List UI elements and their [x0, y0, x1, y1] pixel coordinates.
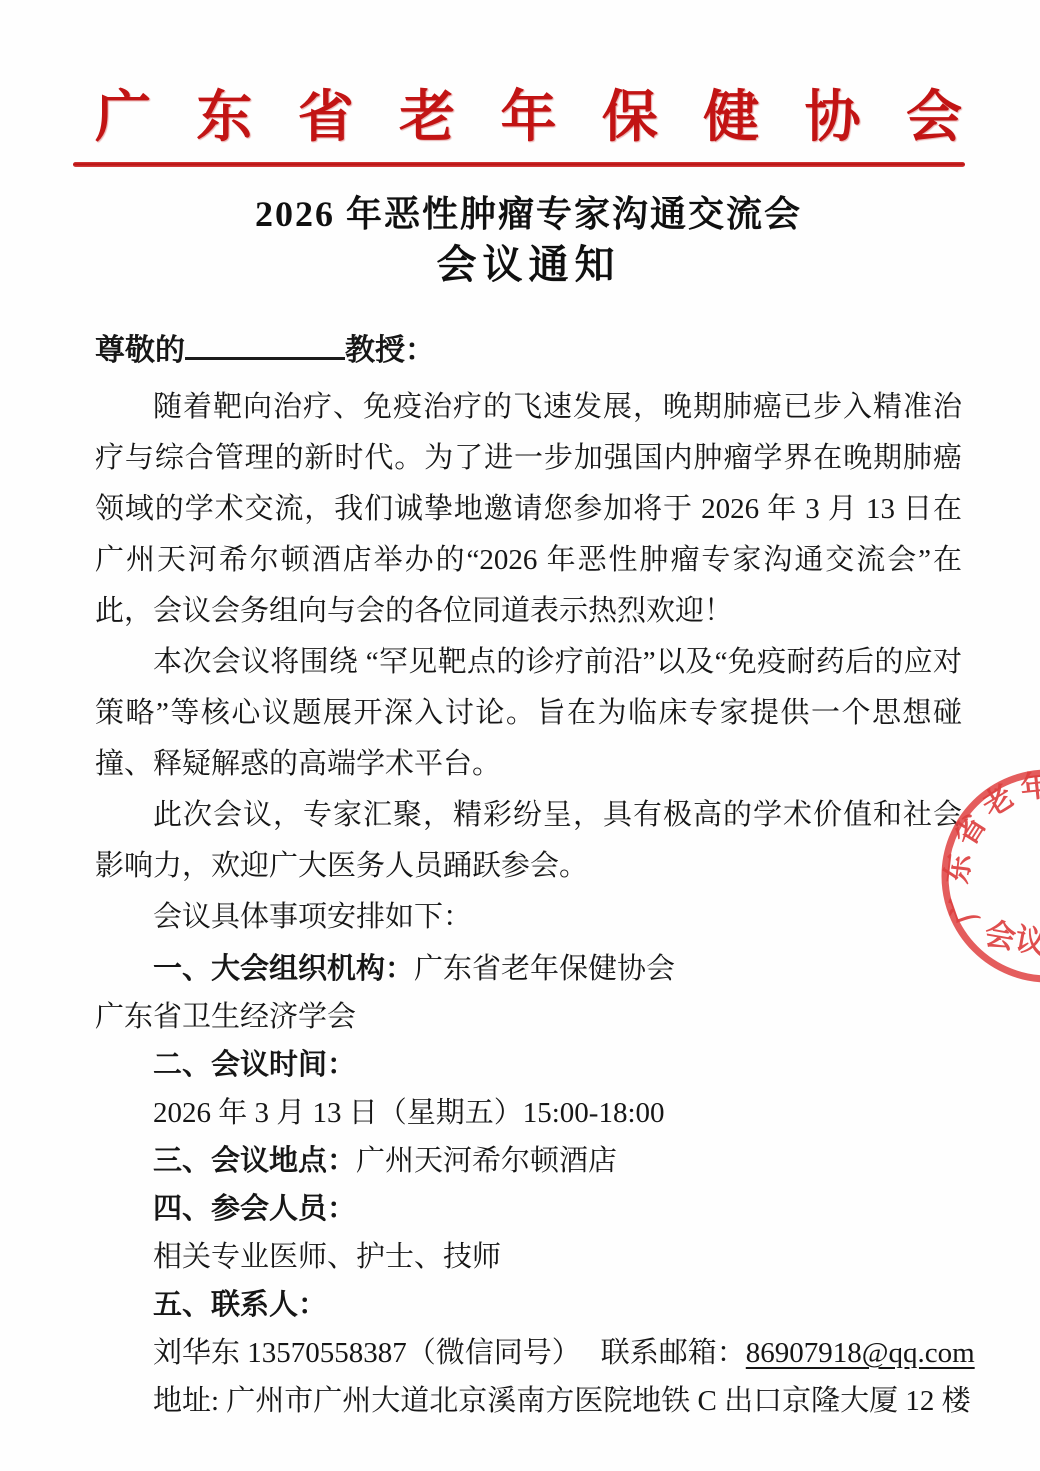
conference-title: 2026 年恶性肿瘤专家沟通交流会 — [95, 193, 962, 235]
letterhead-char: 保 — [602, 86, 658, 150]
venue-line: 三、会议地点：广州天河希尔顿酒店 — [95, 1137, 962, 1185]
contact-name-phone: 刘华东 13570558387（微信同号） — [153, 1337, 581, 1369]
contact-line: 刘华东 13570558387（微信同号）联系邮箱：86907918@qq.co… — [95, 1329, 962, 1377]
organizer-label: 一、大会组织机构： — [153, 953, 414, 985]
address-line: 地址: 广州市广州大道北京溪南方医院地铁 C 出口京隆大厦 12 楼 — [95, 1377, 962, 1425]
letterhead-char: 广 — [95, 86, 151, 150]
venue-value: 广州天河希尔顿酒店 — [356, 1145, 617, 1177]
letterhead-char: 老 — [399, 86, 455, 150]
salutation-prefix: 尊敬的 — [95, 334, 185, 367]
document-page: 广东省老年保健协会 2026 年恶性肿瘤专家沟通交流会 会议通知 尊敬的教授： … — [0, 0, 1040, 1471]
document-title-block: 2026 年恶性肿瘤专家沟通交流会 会议通知 — [95, 193, 962, 288]
venue-label: 三、会议地点： — [153, 1145, 356, 1177]
paragraph-intro: 随着靶向治疗、免疫治疗的飞速发展，晚期肺癌已步入精准治疗与综合管理的新时代。为了… — [95, 382, 962, 637]
organizer-value: 广东省老年保健协会 — [414, 953, 675, 985]
attendees-label: 四、参会人员： — [95, 1185, 962, 1233]
paragraph-highlights: 此次会议，专家汇聚，精彩纷呈，具有极高的学术价值和社会影响力，欢迎广大医务人员踊… — [95, 790, 962, 892]
attendees-value: 相关专业医师、护士、技师 — [95, 1233, 962, 1281]
seal-center-text: 会议 — [982, 916, 1040, 961]
salutation-line: 尊敬的教授： — [95, 325, 962, 374]
letterhead: 广东省老年保健协会 — [95, 86, 962, 167]
time-label: 二、会议时间： — [95, 1041, 962, 1089]
contact-email-link[interactable]: 86907918@qq.com — [746, 1337, 975, 1369]
letterhead-char: 健 — [703, 86, 759, 150]
notice-title: 会议通知 — [95, 242, 962, 288]
letterhead-char: 省 — [298, 86, 354, 150]
paragraph-arrangements-lead: 会议具体事项安排如下： — [95, 892, 962, 943]
letterhead-char: 协 — [805, 86, 861, 150]
paragraph-topics: 本次会议将围绕 “罕见靶点的诊疗前沿”以及“免疫耐药后的应对策略”等核心议题展开… — [95, 637, 962, 790]
letterhead-char: 会 — [906, 86, 962, 150]
salutation-suffix: 教授： — [345, 334, 435, 367]
contact-label: 五、联系人： — [95, 1281, 962, 1329]
meeting-details-list: 一、大会组织机构：广东省老年保健协会 广东省卫生经济学会 二、会议时间： 202… — [95, 945, 962, 1425]
contact-email-label: 联系邮箱： — [601, 1337, 746, 1369]
co-organizer-line: 广东省卫生经济学会 — [95, 993, 962, 1041]
letterhead-char: 东 — [196, 86, 252, 150]
letterhead-org-name: 广东省老年保健协会 — [95, 86, 962, 150]
time-value: 2026 年 3 月 13 日（星期五）15:00-18:00 — [95, 1089, 962, 1137]
letterhead-char: 年 — [501, 86, 557, 150]
organizer-line: 一、大会组织机构：广东省老年保健协会 — [95, 945, 962, 993]
letterhead-rule — [73, 162, 965, 167]
name-blank-line — [185, 325, 345, 360]
